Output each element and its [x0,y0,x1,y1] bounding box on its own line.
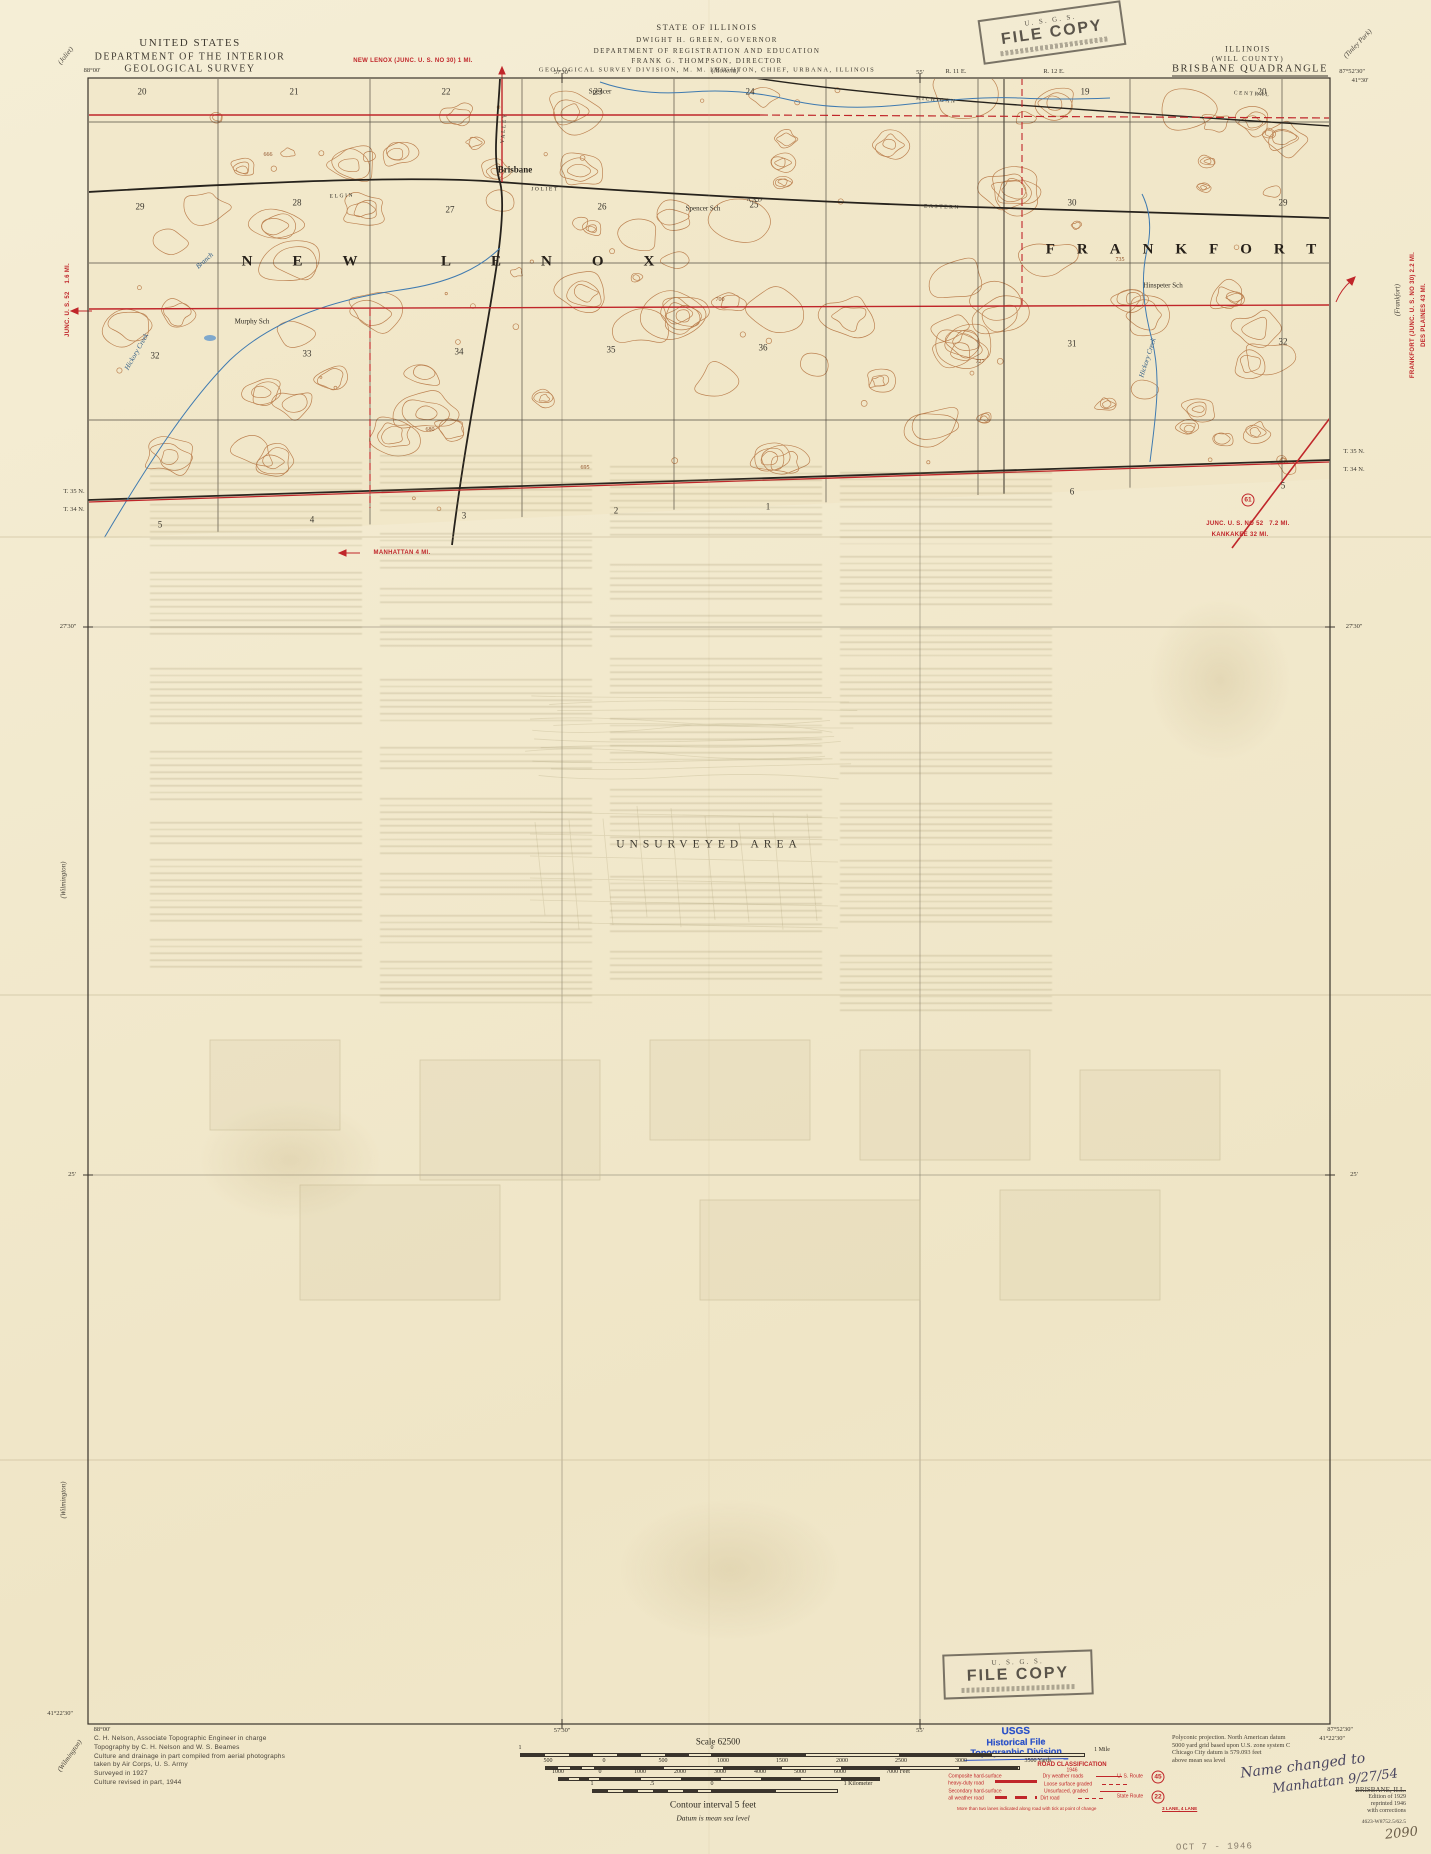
bleed-through-text [150,939,362,971]
quad-state: ILLINOIS [1225,45,1271,54]
bleed-through-text [380,798,592,859]
header-state-illinois: STATE OF ILLINOIS [656,22,757,32]
scale-bar-number: 6000 [834,1769,846,1775]
bleed-through-text [380,455,592,511]
edition-line: reprinted 1946 [1288,1801,1406,1808]
bleed-through-text [380,533,592,569]
map-label: 19 [1081,88,1090,97]
header-director: FRANK G. THOMPSON, DIRECTOR [631,57,782,65]
margin-label: 88°00' [94,1727,111,1734]
margin-label: 55' [916,70,924,77]
scale-bar-number: 3000 [955,1758,967,1764]
scale-bar-number: 0 [603,1758,606,1764]
scale-bar-km [712,1789,838,1793]
bleed-through-text [610,951,822,980]
map-label: FRANKFORT [1046,243,1338,258]
scale-bar-miles [712,1753,1085,1757]
edition-line: Edition of 1929 [1288,1794,1406,1801]
credits-block: C. H. Nelson, Associate Topographic Engi… [94,1735,285,1788]
road-class-label: Unsurfaced, graded [1044,1790,1088,1795]
map-label: 32 [151,352,160,361]
map-label: 23 [594,88,603,97]
margin-label: T. 34 N. [63,507,84,514]
file-copy-stamp-bottom: U. S. G. S. FILE COPY [942,1649,1093,1699]
edition-line: with corrections [1288,1808,1406,1815]
sample-secondary-road [995,1796,1037,1799]
road-class-label: heavy-duty road [948,1782,984,1787]
margin-label: 41°22'30'' [47,1711,73,1718]
credit-line: Culture and drainage in part compiled fr… [94,1753,285,1762]
map-label: 29 [136,203,145,212]
map-label: 22 [442,88,451,97]
margin-label: 27'30'' [1346,624,1363,631]
bleed-through-text [150,668,362,727]
scale-label: Scale 62500 [696,1738,740,1747]
map-label: 20 [1258,88,1267,97]
map-label: 5 [1281,482,1286,491]
credit-line: Culture revised in part, 1944 [94,1779,285,1788]
margin-label: 27'30'' [60,624,77,631]
margin-label: JUNC. U. S. 52 1.6 MI. [65,263,71,337]
map-label: 26 [598,203,607,212]
map-label: 3 [462,512,467,521]
map-label: NEW LENOX [242,255,695,270]
bleed-through-text [840,472,1052,512]
scale-bar-number: 0 [711,1745,714,1751]
map-label: 24 [746,88,755,97]
quad-title: BRISBANE QUADRANGLE [1172,64,1328,77]
quad-county: (WILL COUNTY) [1212,55,1284,63]
map-sheet: UNITED STATES DEPARTMENT OF THE INTERIOR… [0,0,1431,1854]
scale-bar-miles-left [520,1753,712,1757]
margin-label: 57'30'' [554,70,571,77]
header-geological-survey: GEOLOGICAL SURVEY [124,64,255,75]
scale-bar-number: 1 Kilometer [844,1781,873,1787]
scale-bar-number: 1 [519,1745,522,1751]
map-label: 28 [293,199,302,208]
bleed-through-text [840,668,1052,726]
margin-label: T. 35 N. [63,489,84,496]
bleed-through-text [380,873,592,896]
bleed-through-text [150,504,362,550]
scale-bar-yards [604,1766,1020,1770]
margin-label: 41°30' [1352,78,1369,85]
road-class-label: Dirt road [1040,1797,1059,1802]
bleed-through-text [840,523,1052,544]
scale-bar-number: .5 [650,1781,655,1787]
map-label: 36 [759,344,768,353]
bleed-through-text [610,615,822,640]
margin-label: R. 12 E. [1043,69,1064,76]
us-route-shield: 45 [1152,1771,1165,1784]
map-label: 6 [1070,488,1075,497]
scale-bar-number: 2000 [674,1769,686,1775]
map-label: 31 [1068,340,1077,349]
scale-bar-number: 3000 [714,1769,726,1775]
bleed-through-text [840,556,1052,609]
road-class-label: Secondary hard-surface [948,1790,1001,1795]
sample-loose-surface-road [1102,1784,1128,1785]
map-label: JOLIET [531,187,559,193]
margin-label: 25' [68,1172,76,1179]
bleed-through-text [380,961,592,1004]
scale-bar-number: 2000 [836,1758,848,1764]
map-label: 20 [138,88,147,97]
bleed-through-text [610,564,822,604]
margin-label: 88°00' [84,68,101,75]
state-route-shield: 22 [1152,1791,1165,1804]
map-label: 33 [303,350,312,359]
margin-label: DES PLAINES 43 MI. [1421,283,1427,347]
projection-block: Polyconic projection. North American dat… [1172,1734,1290,1764]
header-registration: DEPARTMENT OF REGISTRATION AND EDUCATION [594,47,821,55]
credit-line: Surveyed in 1927 [94,1770,285,1779]
margin-label: 57'30'' [554,1728,571,1735]
map-label: 25 [750,201,759,210]
scale-bar-number: 1500 [776,1758,788,1764]
margin-label: T. 34 N. [1343,467,1364,474]
map-label: Spencer Sch [686,206,721,213]
credit-line: Topography by C. H. Nelson and W. S. Bea… [94,1744,285,1753]
margin-label: 87°52'30'' [1339,69,1365,76]
margin-label: NEW LENOX (JUNC. U. S. NO 30) 1 MI. [353,58,473,64]
sample-dry-weather-road [1096,1776,1122,1777]
bleed-through-text [840,860,1052,924]
header-interior: DEPARTMENT OF THE INTERIOR [95,52,286,63]
contour-interval-note: Contour interval 5 feet [670,1801,756,1811]
bleed-through-text [380,588,592,607]
bleed-through-text [840,752,1052,777]
edition-block: BRISBANE, ILL. Edition of 1929 reprinted… [1288,1786,1406,1825]
map-label: 35 [607,346,616,355]
margin-label: 41°22'30'' [1319,1736,1345,1743]
road-class-label: Loose surface graded [1044,1783,1092,1788]
margin-label: (Mokena) [711,68,738,75]
bleed-through-text [610,789,822,850]
scale-bar-number: 5000 [794,1769,806,1775]
map-label: Hinspeter Sch [1143,283,1182,290]
margin-label: (Wilmington) [61,862,68,899]
bleed-through-text [610,658,822,698]
scale-bar-number: 1 [591,1781,594,1787]
bleed-through-text [380,747,592,773]
projection-line: 5000 yard grid based upon U.S. zone syst… [1172,1742,1290,1750]
margin-label: (Wilmington) [61,1482,68,1519]
credit-line: C. H. Nelson, Associate Topographic Engi… [94,1735,285,1744]
road-class-label: all weather road [948,1797,984,1802]
margin-label: T. 35 N. [1343,449,1364,456]
margin-label: KANKAKEE 32 MI. [1212,532,1269,538]
map-label: 30 [1068,199,1077,208]
scale-bar-number: 1000 [717,1758,729,1764]
road-class-label: State Route [1117,1795,1143,1800]
paper-stain [620,1500,840,1640]
bleed-through-text [380,679,592,723]
margin-label: R. 11 E. [945,69,966,76]
stamp-file-copy-text: FILE COPY [951,1664,1086,1687]
paper-stain [1150,600,1290,760]
bleed-through-text [610,876,822,936]
header-united-states: UNITED STATES [139,37,240,49]
paper-stain [200,1100,380,1220]
scale-bar-number: 500 [544,1758,553,1764]
map-label: 27 [446,206,455,215]
edition-code: 4623-W8752.5/62.5 [1288,1819,1406,1825]
margin-label: 55' [916,1728,924,1735]
sample-unsurfaced-road [1100,1791,1126,1792]
received-date-stamp: OCT 7 - 1946 [1176,1841,1253,1852]
margin-label: 87°52'30'' [1327,1727,1353,1734]
scale-bar-number: 4000 [754,1769,766,1775]
map-label: 727 [976,359,985,365]
projection-line: Chicago City datum is 579.093 feet [1172,1749,1290,1757]
bleed-through-text [610,718,822,765]
scale-bar-number: 500 [659,1758,668,1764]
margin-label: 25' [1350,1172,1358,1179]
edition-map-name: BRISBANE, ILL. [1288,1786,1406,1794]
map-label: 32 [1279,338,1288,347]
bleed-through-text [610,466,822,539]
credit-line: taken by Air Corps, U. S. Army [94,1761,285,1770]
sample-heavy-duty-road [995,1780,1037,1783]
bleed-through-text [150,462,362,493]
road-class-label: Dry weather roads [1043,1775,1084,1780]
map-label: 700 [716,297,725,303]
sample-dirt-road [1078,1798,1106,1799]
scale-bar-feet-left [558,1777,600,1781]
scale-bar-number: 1 Mile [1094,1747,1110,1753]
bleed-through-text [150,572,362,638]
datum-note: Datum is mean sea level [676,1814,749,1822]
header-governor: DWIGHT H. GREEN, GOVERNOR [636,36,778,44]
bleed-through-text [150,859,362,928]
bleed-through-text [840,628,1052,656]
map-label: 680 [426,427,435,433]
bleed-through-text [840,955,1052,1015]
map-label: 666 [264,152,273,158]
scale-bar-number: 2500 [895,1758,907,1764]
scale-bar-number: 1000 [634,1769,646,1775]
scale-bar-km-left [592,1789,712,1793]
map-label: 29 [1279,199,1288,208]
projection-line: Polyconic projection. North American dat… [1172,1734,1290,1742]
map-label: Murphy Sch [235,319,270,326]
scale-bar-number: 7000 Feet [886,1769,910,1775]
margin-label: (Frankfort) [1395,284,1402,316]
bleed-through-text [150,822,362,844]
lanes-note: More than two lanes indicated along road… [957,1806,1096,1811]
map-label: 21 [290,88,299,97]
margin-label: FRANKFORT (JUNC. U. S. NO 30) 2.2 MI. [1410,252,1416,378]
road-class-label: Composite hard-surface [948,1775,1001,1780]
scale-bar-number: 1000 [552,1769,564,1775]
map-label: 735 [1116,257,1125,263]
map-label: Brisbane [498,166,533,175]
map-label: 34 [455,348,464,357]
scale-bar-number: 0 [711,1781,714,1787]
scale-bar-feet [600,1777,880,1781]
header-survey-division: GEOLOGICAL SURVEY DIVISION, M. M. LEIGHT… [539,67,875,74]
bleed-through-text [840,803,1052,846]
bleed-through-text [380,618,592,648]
margin-label: JUNC. U. S. NO 52 7.2 MI. [1206,521,1289,527]
bleed-through-text [150,751,362,804]
map-label: 61 [1242,494,1255,507]
lanes-values: 3 LANE, 4 LANE [1162,1806,1197,1811]
scale-bar-number: 0 [599,1769,602,1775]
bleed-through-text [380,915,592,943]
